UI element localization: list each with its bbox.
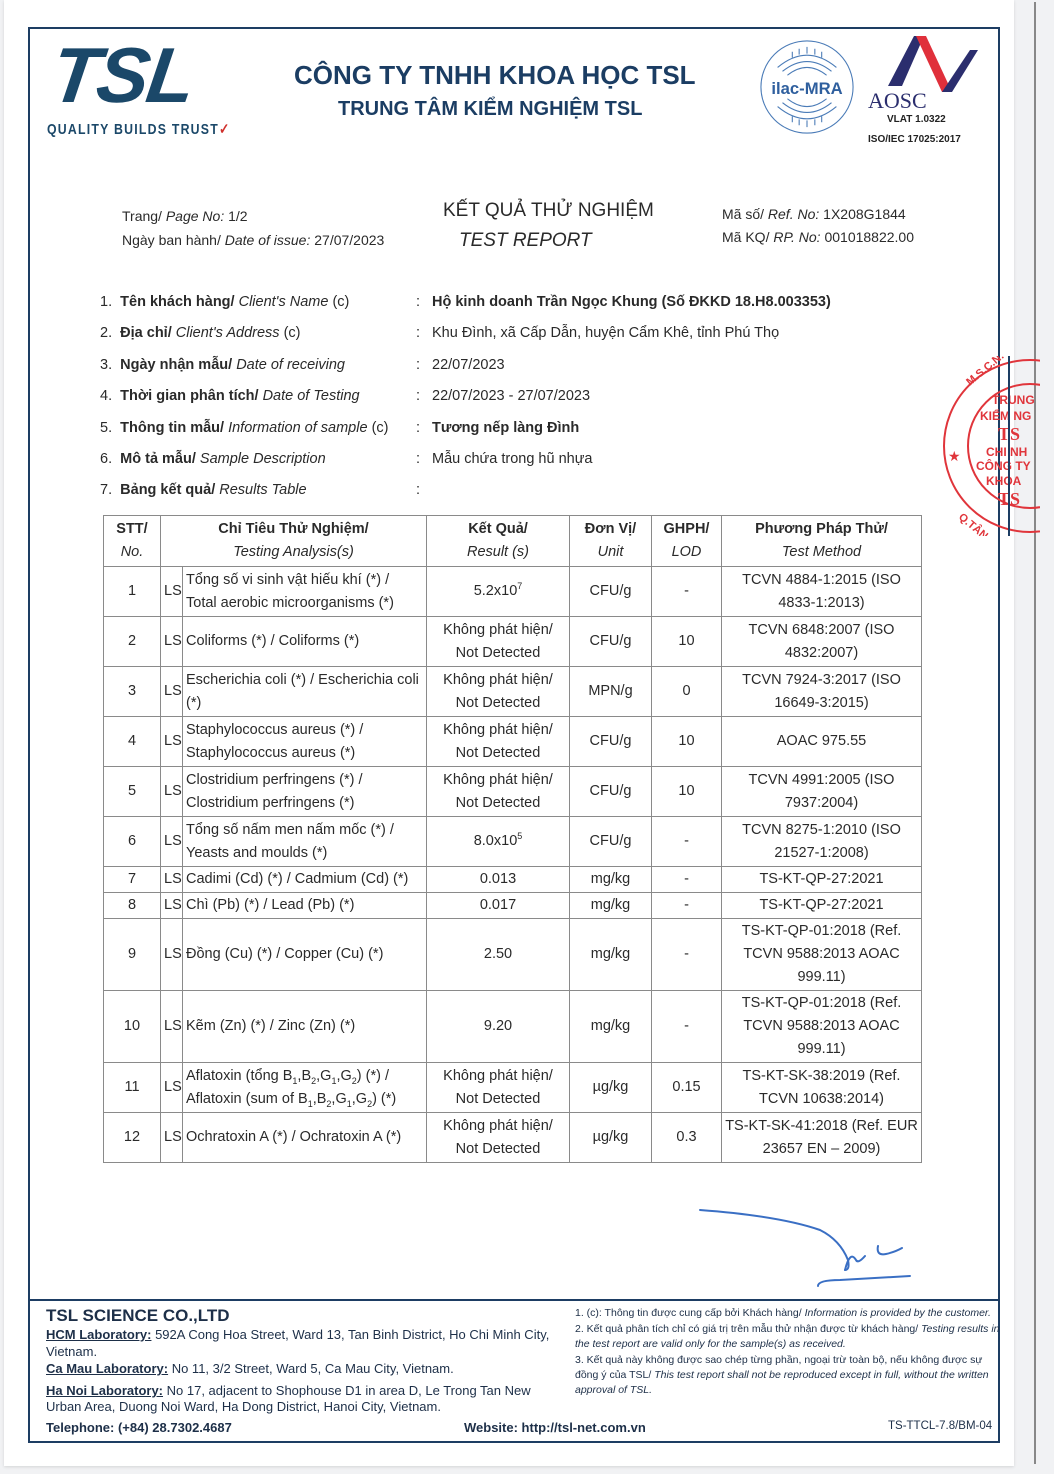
info-label-vn: Địa chỉ/ <box>120 325 172 341</box>
ref-number: Mã số/ Ref. No: 1X208G1844 <box>722 206 906 222</box>
info-label-vn: Tên khách hàng/ <box>120 294 234 310</box>
cell-no: 1 <box>104 567 161 617</box>
info-value: Khu Đình, xã Cấp Dẫn, huyện Cẩm Khê, tỉn… <box>432 325 779 341</box>
cell-flag: LS <box>161 919 183 991</box>
footer-notes: 1. (c): Thông tin được cung cấp bởi Khác… <box>575 1306 1000 1398</box>
page-label-en: Page No: <box>166 208 224 224</box>
info-label-vn: Thông tin mẫu/ <box>120 420 224 436</box>
cell-lod: 0.3 <box>652 1113 722 1163</box>
hcm-lab-address: HCM Laboratory: 592A Cong Hoa Street, Wa… <box>46 1326 556 1360</box>
report-title-vn: KẾT QUẢ THỬ NGHIỆM <box>443 200 654 222</box>
info-label-en: Date of Testing <box>263 388 360 404</box>
result-exponent: 7 <box>517 581 522 591</box>
result-base: 8.0x10 <box>474 833 518 849</box>
cell-analysis: Coliforms (*) / Coliforms (*) <box>183 617 427 667</box>
info-number: 2. <box>100 325 112 341</box>
cell-result: Không phát hiện/ Not Detected <box>427 1113 570 1163</box>
cell-method: TCVN 4884-1:2015 (ISO 4833-1:2013) <box>722 567 922 617</box>
cell-flag: LS <box>161 717 183 767</box>
cell-flag: LS <box>161 1063 183 1113</box>
tsl-logo: TSL <box>47 36 199 114</box>
issue-label-en: Date of issue: <box>225 232 311 248</box>
cell-unit: mg/kg <box>570 893 652 919</box>
footer-website-link[interactable]: Website: http://tsl-net.com.vn <box>464 1420 646 1435</box>
page-value: 1/2 <box>228 208 247 224</box>
cell-method: TS-KT-QP-01:2018 (Ref. TCVN 9588:2013 AO… <box>722 919 922 991</box>
ref-label-en: Ref. No: <box>768 206 819 222</box>
info-label-vn: Mô tả mẫu/ <box>120 451 196 467</box>
cell-no: 8 <box>104 893 161 919</box>
info-number: 3. <box>100 357 112 373</box>
cell-unit: mg/kg <box>570 991 652 1063</box>
info-number: 5. <box>100 420 112 436</box>
cell-result: 5.2x107 <box>427 567 570 617</box>
cell-analysis: Staphylococcus aureus (*) / Staphylococc… <box>183 717 427 767</box>
info-value: 22/07/2023 <box>432 357 505 373</box>
cell-analysis: Escherichia coli (*) / Escherichia coli … <box>183 667 427 717</box>
info-colon: : <box>416 357 420 373</box>
info-label-en: Information of sample <box>228 420 367 436</box>
info-suffix: (c) <box>332 294 349 310</box>
ref-label-vn: Mã số/ <box>722 206 764 222</box>
table-row: 12LSOchratoxin A (*) / Ochratoxin A (*)K… <box>104 1113 922 1163</box>
company-stamp-icon: ★ M.S.C.N:0314212615 Q.TÂN BÌNH-TP. TRUN… <box>930 356 1040 536</box>
hcm-lab-label: HCM Laboratory: <box>46 1327 151 1342</box>
report-title-en: TEST REPORT <box>459 230 592 252</box>
cell-no: 3 <box>104 667 161 717</box>
cell-method: TS-KT-SK-41:2018 (Ref. EUR 23657 EN – 20… <box>722 1113 922 1163</box>
cell-flag: LS <box>161 667 183 717</box>
info-value: Hộ kinh doanh Trần Ngọc Khung (Số ĐKKD 1… <box>432 294 831 310</box>
cell-method: TCVN 8275-1:2010 (ISO 21527-1:2008) <box>722 817 922 867</box>
footer-divider <box>30 1299 998 1301</box>
info-colon: : <box>416 451 420 467</box>
info-number: 1. <box>100 294 112 310</box>
rp-value: 001018822.00 <box>824 229 914 245</box>
rp-label-en: RP. No: <box>773 229 820 245</box>
cell-lod: - <box>652 893 722 919</box>
cell-analysis: Tổng số nấm men nấm mốc (*) / Yeasts and… <box>183 817 427 867</box>
header-en: Test Method <box>725 541 918 564</box>
camau-lab-address: Ca Mau Laboratory: No 11, 3/2 Street, Wa… <box>46 1361 454 1376</box>
header-method: Phương Pháp Thử/Test Method <box>722 516 922 567</box>
cell-result: Không phát hiện/ Not Detected <box>427 617 570 667</box>
svg-text:KIỂM NG: KIỂM NG <box>980 408 1031 423</box>
info-colon: : <box>416 482 420 498</box>
table-row: 5LSClostridium perfringens (*) / Clostri… <box>104 767 922 817</box>
cell-lod: - <box>652 919 722 991</box>
cell-unit: CFU/g <box>570 567 652 617</box>
info-colon: : <box>416 388 420 404</box>
cell-analysis: Cadimi (Cd) (*) / Cadmium (Cd) (*) <box>183 867 427 893</box>
info-row: 3. Ngày nhận mẫu/ Date of receiving <box>100 357 345 373</box>
header-vn: GHPH/ <box>655 518 718 541</box>
cell-no: 6 <box>104 817 161 867</box>
page-edge <box>1034 2 1036 1464</box>
cell-no: 10 <box>104 991 161 1063</box>
cell-no: 2 <box>104 617 161 667</box>
checkmark-icon: ✓ <box>219 121 231 138</box>
cell-analysis: Kẽm (Zn) (*) / Zinc (Zn) (*) <box>183 991 427 1063</box>
camau-lab-label: Ca Mau Laboratory: <box>46 1361 168 1376</box>
cell-lod: - <box>652 867 722 893</box>
cell-method: TCVN 7924-3:2017 (ISO 16649-3:2015) <box>722 667 922 717</box>
table-row: 1LSTổng số vi sinh vật hiếu khí (*) / To… <box>104 567 922 617</box>
cell-result: Không phát hiện/ Not Detected <box>427 1063 570 1113</box>
header-lod: GHPH/LOD <box>652 516 722 567</box>
header-analysis: Chỉ Tiêu Thử Nghiệm/Testing Analysis(s) <box>161 516 427 567</box>
cell-result: 8.0x105 <box>427 817 570 867</box>
cell-method: TS-KT-QP-27:2021 <box>722 867 922 893</box>
info-row: 1. Tên khách hàng/ Client's Name (c) <box>100 294 349 310</box>
cell-flag: LS <box>161 991 183 1063</box>
header-en: Unit <box>573 541 648 564</box>
aosc-logo-icon: AOSC <box>866 34 982 114</box>
header-vn: Phương Pháp Thử/ <box>725 518 918 541</box>
table-row: 11LSAflatoxin (tổng B1,B2,G1,G2) (*) / A… <box>104 1063 922 1113</box>
cell-flag: LS <box>161 567 183 617</box>
stamp-star-icon: ★ <box>948 448 961 464</box>
center-name: TRUNG TÂM KIỂM NGHIỆM TSL <box>338 98 642 121</box>
iso-standard: ISO/IEC 17025:2017 <box>868 134 961 145</box>
info-row: 7. Bảng kết quả/ Results Table <box>100 482 307 498</box>
info-label-en: Client's Address <box>176 325 280 341</box>
table-row: 8LSChì (Pb) (*) / Lead (Pb) (*)0.017mg/k… <box>104 893 922 919</box>
cell-analysis: Chì (Pb) (*) / Lead (Pb) (*) <box>183 893 427 919</box>
info-row: 5. Thông tin mẫu/ Information of sample … <box>100 420 388 436</box>
cell-result: 0.013 <box>427 867 570 893</box>
issue-label-vn: Ngày ban hành/ <box>122 232 221 248</box>
cell-flag: LS <box>161 867 183 893</box>
cell-unit: µg/kg <box>570 1113 652 1163</box>
cell-unit: CFU/g <box>570 817 652 867</box>
page-label-vn: Trang/ <box>122 208 162 224</box>
header-vn: STT/ <box>107 518 157 541</box>
cell-no: 11 <box>104 1063 161 1113</box>
table-row: 10LSKẽm (Zn) (*) / Zinc (Zn) (*)9.20mg/k… <box>104 991 922 1063</box>
header-unit: Đơn Vị/Unit <box>570 516 652 567</box>
cell-method: TS-KT-SK-38:2019 (Ref. TCVN 10638:2014) <box>722 1063 922 1113</box>
cell-result: Không phát hiện/ Not Detected <box>427 767 570 817</box>
cell-lod: - <box>652 817 722 867</box>
info-number: 7. <box>100 482 112 498</box>
note-2: 2. Kết quả phân tích chỉ có giá trị trên… <box>575 1322 1000 1352</box>
cell-no: 4 <box>104 717 161 767</box>
company-name: CÔNG TY TNHH KHOA HỌC TSL <box>294 60 696 91</box>
note-1: 1. (c): Thông tin được cung cấp bởi Khác… <box>575 1306 1000 1321</box>
cell-no: 9 <box>104 919 161 991</box>
cell-flag: LS <box>161 893 183 919</box>
svg-text:KHOA: KHOA <box>986 474 1022 488</box>
header-en: No. <box>107 541 157 564</box>
cell-analysis: Aflatoxin (tổng B1,B2,G1,G2) (*) / Aflat… <box>183 1063 427 1113</box>
info-label-vn: Ngày nhận mẫu/ <box>120 357 232 373</box>
cell-unit: CFU/g <box>570 767 652 817</box>
svg-text:ilac-MRA: ilac-MRA <box>771 79 842 98</box>
result-exponent: 5 <box>517 831 522 841</box>
info-row: 6. Mô tả mẫu/ Sample Description <box>100 451 326 467</box>
cell-flag: LS <box>161 1113 183 1163</box>
results-table: STT/No.Chỉ Tiêu Thử Nghiệm/Testing Analy… <box>103 515 922 1163</box>
info-label-en: Date of receiving <box>236 357 345 373</box>
info-label-en: Client's Name <box>239 294 329 310</box>
table-row: 9LSĐồng (Cu) (*) / Copper (Cu) (*)2.50mg… <box>104 919 922 991</box>
cell-method: AOAC 975.55 <box>722 717 922 767</box>
info-value: Tương nếp làng Đình <box>432 420 579 436</box>
hanoi-lab-label: Ha Noi Laboratory: <box>46 1383 163 1398</box>
rp-label-vn: Mã KQ/ <box>722 229 769 245</box>
cell-no: 12 <box>104 1113 161 1163</box>
info-suffix: (c) <box>284 325 301 341</box>
result-base: 5.2x10 <box>474 583 518 599</box>
header-vn: Kết Quả/ <box>430 518 566 541</box>
footer-company-name: TSL SCIENCE CO.,LTD <box>46 1306 230 1326</box>
cell-analysis: Đồng (Cu) (*) / Copper (Cu) (*) <box>183 919 427 991</box>
logo-tagline: QUALITY BUILDS TRUST✓ <box>47 120 231 138</box>
info-number: 4. <box>100 388 112 404</box>
header-en: Result (s) <box>430 541 566 564</box>
header-en: LOD <box>655 541 718 564</box>
svg-text:CHI NH: CHI NH <box>986 445 1027 459</box>
cell-lod: 10 <box>652 617 722 667</box>
cell-unit: µg/kg <box>570 1063 652 1113</box>
header-vn: Chỉ Tiêu Thử Nghiệm/ <box>164 518 423 541</box>
cell-analysis: Ochratoxin A (*) / Ochratoxin A (*) <box>183 1113 427 1163</box>
note-1-vn: 1. (c): Thông tin được cung cấp bởi Khác… <box>575 1307 802 1319</box>
table-row: 6LSTổng số nấm men nấm mốc (*) / Yeasts … <box>104 817 922 867</box>
table-header-row: STT/No.Chỉ Tiêu Thử Nghiệm/Testing Analy… <box>104 516 922 567</box>
table-row: 3LSEscherichia coli (*) / Escherichia co… <box>104 667 922 717</box>
cell-lod: 0.15 <box>652 1063 722 1113</box>
cell-lod: - <box>652 991 722 1063</box>
table-row: 2LSColiforms (*) / Coliforms (*)Không ph… <box>104 617 922 667</box>
cell-analysis: Clostridium perfringens (*) / Clostridiu… <box>183 767 427 817</box>
note-1-en: Information is provided by the customer. <box>805 1307 991 1319</box>
info-value: Mẫu chứa trong hũ nhựa <box>432 451 592 467</box>
form-code: TS-TTCL-7.8/BM-04 <box>888 1420 992 1432</box>
info-value: 22/07/2023 - 27/07/2023 <box>432 388 590 404</box>
info-number: 6. <box>100 451 112 467</box>
note-2-vn: 2. Kết quả phân tích chỉ có giá trị trên… <box>575 1323 918 1335</box>
cell-result: 9.20 <box>427 991 570 1063</box>
ilac-mra-logo-icon: ilac-MRA <box>758 38 856 136</box>
cell-method: TCVN 6848:2007 (ISO 4832:2007) <box>722 617 922 667</box>
cell-flag: LS <box>161 767 183 817</box>
header-en: Testing Analysis(s) <box>164 541 423 564</box>
cell-method: TCVN 4991:2005 (ISO 7937:2004) <box>722 767 922 817</box>
issue-value: 27/07/2023 <box>314 232 384 248</box>
camau-lab-text: No 11, 3/2 Street, Ward 5, Ca Mau City, … <box>172 1361 454 1376</box>
cell-unit: mg/kg <box>570 919 652 991</box>
svg-text:TRUNG: TRUNG <box>992 393 1035 407</box>
cell-lod: 10 <box>652 767 722 817</box>
info-label-en: Sample Description <box>200 451 326 467</box>
footer-telephone: Telephone: (+84) 28.7302.4687 <box>46 1420 232 1435</box>
issue-date: Ngày ban hành/ Date of issue: 27/07/2023 <box>122 232 384 248</box>
signature-icon <box>690 1190 930 1290</box>
info-row: 2. Địa chỉ/ Client's Address (c) <box>100 325 301 341</box>
hanoi-lab-address: Ha Noi Laboratory: No 17, adjacent to Sh… <box>46 1383 556 1415</box>
cell-method: TS-KT-QP-27:2021 <box>722 893 922 919</box>
info-label-en: Results Table <box>219 482 306 498</box>
cell-method: TS-KT-QP-01:2018 (Ref. TCVN 9588:2013 AO… <box>722 991 922 1063</box>
table-row: 7LSCadimi (Cd) (*) / Cadmium (Cd) (*)0.0… <box>104 867 922 893</box>
info-colon: : <box>416 325 420 341</box>
ref-value: 1X208G1844 <box>823 206 906 222</box>
cell-no: 7 <box>104 867 161 893</box>
cell-result: Không phát hiện/ Not Detected <box>427 667 570 717</box>
note-3: 3. Kết quả này không được sao chép từng … <box>575 1353 1000 1398</box>
cell-analysis: Tổng số vi sinh vật hiếu khí (*) / Total… <box>183 567 427 617</box>
page-number: Trang/ Page No: 1/2 <box>122 208 248 224</box>
table-row: 4LSStaphylococcus aureus (*) / Staphyloc… <box>104 717 922 767</box>
cell-flag: LS <box>161 817 183 867</box>
cell-lod: 10 <box>652 717 722 767</box>
info-label-vn: Bảng kết quả/ <box>120 482 215 498</box>
rp-number: Mã KQ/ RP. No: 001018822.00 <box>722 229 914 245</box>
info-row: 4. Thời gian phân tích/ Date of Testing <box>100 388 360 404</box>
logo-tagline-text: QUALITY BUILDS TRUST <box>47 121 219 138</box>
cell-lod: - <box>652 567 722 617</box>
svg-text:CÔNG TY: CÔNG TY <box>976 458 1031 473</box>
cell-unit: MPN/g <box>570 667 652 717</box>
header-vn: Đơn Vị/ <box>573 518 648 541</box>
svg-text:AOSC: AOSC <box>868 88 927 113</box>
cell-result: 0.017 <box>427 893 570 919</box>
cell-lod: 0 <box>652 667 722 717</box>
cell-unit: CFU/g <box>570 617 652 667</box>
header-no: STT/No. <box>104 516 161 567</box>
cell-unit: mg/kg <box>570 867 652 893</box>
cell-result: Không phát hiện/ Not Detected <box>427 717 570 767</box>
accreditation-number: VLAT 1.0322 <box>887 114 946 125</box>
cell-no: 5 <box>104 767 161 817</box>
info-suffix: (c) <box>372 420 389 436</box>
header-result: Kết Quả/Result (s) <box>427 516 570 567</box>
info-colon: : <box>416 420 420 436</box>
info-label-vn: Thời gian phân tích/ <box>120 388 258 404</box>
info-colon: : <box>416 294 420 310</box>
cell-unit: CFU/g <box>570 717 652 767</box>
cell-flag: LS <box>161 617 183 667</box>
cell-result: 2.50 <box>427 919 570 991</box>
